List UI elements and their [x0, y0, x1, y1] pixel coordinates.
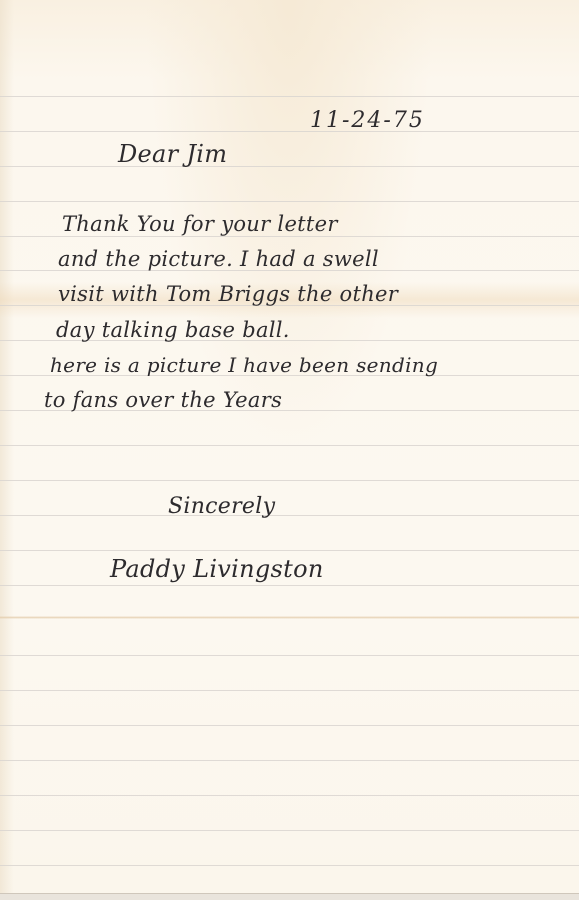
letter-date: 11-24-75: [310, 108, 425, 133]
letter-page: 11-24-75 Dear Jim Thank You for your let…: [0, 0, 579, 900]
ruled-line: [0, 585, 579, 586]
ruled-line: [0, 795, 579, 796]
ruled-line: [0, 725, 579, 726]
ruled-line: [0, 201, 579, 202]
ruled-line: [0, 760, 579, 761]
paper-bottom-edge: [0, 893, 579, 900]
body-line: here is a picture I have been sending: [50, 353, 438, 377]
ruled-line: [0, 690, 579, 691]
ruled-line: [0, 655, 579, 656]
ruled-line: [0, 830, 579, 831]
ruled-line: [0, 166, 579, 167]
fold-crease: [0, 616, 579, 619]
body-line: day talking base ball.: [56, 318, 290, 342]
body-line: visit with Tom Briggs the other: [58, 282, 398, 306]
ruled-line: [0, 480, 579, 481]
body-line: and the picture. I had a swell: [58, 247, 379, 271]
ruled-line: [0, 515, 579, 516]
signature: Paddy Livingston: [110, 555, 324, 583]
body-line: Thank You for your letter: [62, 212, 338, 236]
ruled-line: [0, 445, 579, 446]
ruled-line: [0, 236, 579, 237]
body-line: to fans over the Years: [44, 388, 282, 412]
paper-left-edge: [0, 0, 14, 900]
ruled-line: [0, 865, 579, 866]
ruled-line: [0, 550, 579, 551]
closing: Sincerely: [168, 494, 275, 519]
salutation: Dear Jim: [118, 140, 227, 168]
ruled-line: [0, 96, 579, 97]
ruled-line: [0, 131, 579, 132]
